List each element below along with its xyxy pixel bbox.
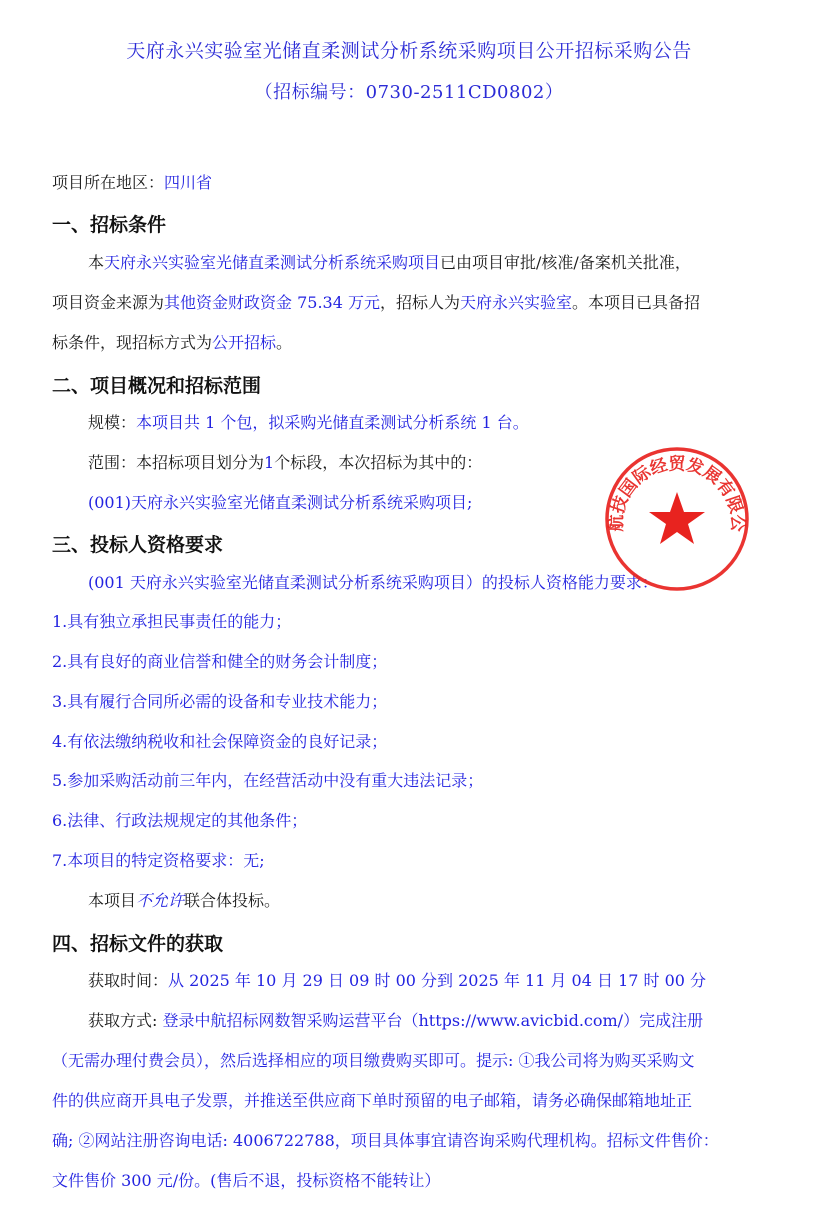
scale-label: 规模：: [88, 413, 136, 432]
acquire-method-line: 获取方式: 登录中航招标网数智采购运营平台（https://www.avicbi…: [88, 1010, 703, 1032]
text: ，招标人为: [380, 293, 460, 312]
s1-paragraph-line-2: 项目资金来源为其他资金财政资金 75.34 万元，招标人为天府永兴实验室。本项目…: [52, 292, 700, 314]
region-line: 项目所在地区：四川省: [52, 172, 212, 194]
bid-number: （招标编号：0730-2511CD0802）: [0, 78, 818, 104]
qualification-item: 6.法律、行政法规规定的其他条件；: [52, 810, 307, 832]
scope-line: 范围：本招标项目划分为1个标段，本次招标为其中的：: [88, 452, 482, 474]
tender-method: 公开招标: [212, 333, 276, 352]
text: 。: [276, 333, 292, 352]
section-heading-2: 二、项目概况和招标范围: [52, 371, 261, 398]
region-label: 项目所在地区：: [52, 173, 164, 192]
section-heading-3: 三、投标人资格要求: [52, 530, 223, 557]
time-label: 获取时间：: [88, 971, 168, 990]
text: 本: [88, 253, 104, 272]
method-text[interactable]: 登录中航招标网数智采购运营平台（https://www.avicbid.com/…: [163, 1011, 704, 1030]
lot-item: (001)天府永兴实验室光储直柔测试分析系统采购项目;: [88, 492, 472, 514]
acquire-time-line: 获取时间：从 2025 年 10 月 29 日 09 时 00 分到 2025 …: [88, 970, 706, 992]
text: 已由项目审批/核准/备案机关批准，: [440, 253, 691, 272]
qualification-item: 5.参加采购活动前三年内，在经营活动中没有重大违法记录；: [52, 770, 483, 792]
method-text-line: 件的供应商开具电子发票，并推送至供应商下单时预留的电子邮箱，请务必确保邮箱地址正: [52, 1090, 692, 1112]
seal-icon: 中航技国际经贸发展有限公司: [602, 444, 752, 594]
qualification-intro: (001 天府永兴实验室光储直柔测试分析系统采购项目）的投标人资格能力要求：: [88, 572, 658, 594]
s1-paragraph-line-3: 标条件，现招标方式为公开招标。: [52, 332, 292, 354]
time-value: 从 2025 年 10 月 29 日 09 时 00 分到 2025 年 11 …: [168, 971, 706, 990]
company-seal: 中航技国际经贸发展有限公司: [602, 444, 752, 594]
text: 本项目: [88, 891, 136, 910]
qualification-item: 4.有依法缴纳税收和社会保障资金的良好记录；: [52, 731, 387, 753]
text: 个标段，本次招标为其中的：: [274, 453, 482, 472]
text: 标条件，现招标方式为: [52, 333, 212, 352]
tenderer-name: 天府永兴实验室: [460, 293, 572, 312]
s1-paragraph-line-1: 本天府永兴实验室光储直柔测试分析系统采购项目已由项目审批/核准/备案机关批准，: [88, 252, 691, 274]
text: 联合体投标。: [184, 891, 280, 910]
consortium-line: 本项目不允许联合体投标。: [88, 890, 280, 912]
method-text-line: 确; ②网站注册咨询电话: 4006722788，项目具体事宜请咨询采购代理机构…: [52, 1130, 719, 1152]
qualification-item: 2.具有良好的商业信誉和健全的财务会计制度；: [52, 651, 387, 673]
scale-value: 本项目共 1 个包，拟采购光储直柔测试分析系统 1 台。: [136, 413, 529, 432]
method-text-line: （无需办理付费会员），然后选择相应的项目缴费购买即可。提示: ①我公司将为购买采…: [52, 1050, 694, 1072]
star-icon: [649, 492, 705, 544]
document-title: 天府永兴实验室光储直柔测试分析系统采购项目公开招标采购公告: [0, 36, 818, 63]
project-name: 天府永兴实验室光储直柔测试分析系统采购项目: [104, 253, 440, 272]
text: 。本项目已具备招: [572, 293, 700, 312]
qualification-item: 7.本项目的特定资格要求：无;: [52, 850, 265, 872]
qualification-item: 1.具有独立承担民事责任的能力；: [52, 611, 291, 633]
region-value: 四川省: [164, 173, 212, 192]
consortium-value: 不允许: [136, 891, 184, 910]
section-heading-1: 一、招标条件: [52, 210, 166, 237]
section-heading-4: 四、招标文件的获取: [52, 929, 223, 956]
lot-count: 1: [264, 453, 274, 472]
funding-source: 其他资金财政资金 75.34 万元: [164, 293, 380, 312]
text: 项目资金来源为: [52, 293, 164, 312]
scale-line: 规模：本项目共 1 个包，拟采购光储直柔测试分析系统 1 台。: [88, 412, 529, 434]
qualification-item: 3.具有履行合同所必需的设备和专业技术能力；: [52, 691, 387, 713]
text: 范围：本招标项目划分为: [88, 453, 264, 472]
method-label: 获取方式:: [88, 1011, 157, 1030]
method-text-line: 文件售价 300 元/份。(售后不退，投标资格不能转让）: [52, 1170, 440, 1192]
